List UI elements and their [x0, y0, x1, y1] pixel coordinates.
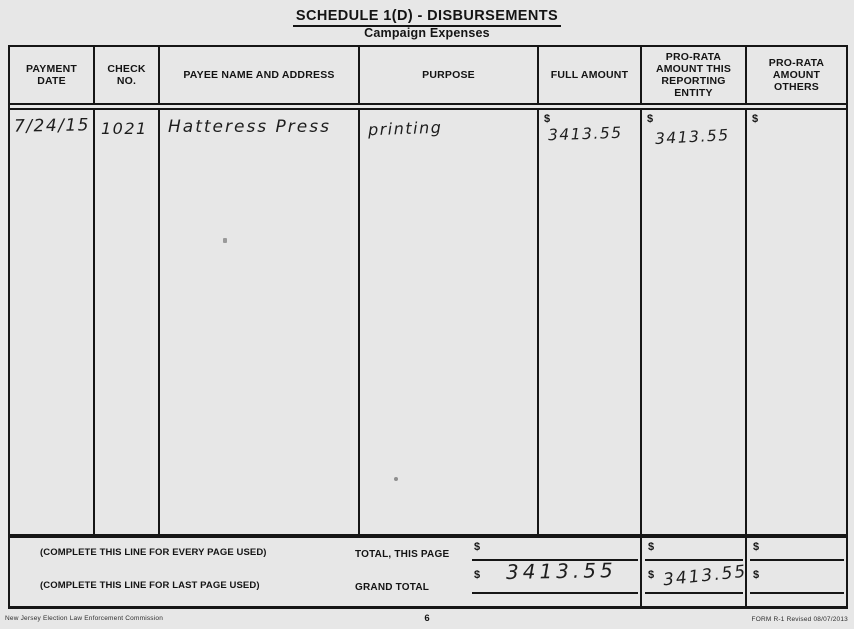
last-page-instruction: (COMPLETE THIS LINE FOR LAST PAGE USED): [40, 580, 260, 591]
header-payment-date: PAYMENT DATE: [10, 47, 95, 103]
header-full-amount: FULL AMOUNT: [539, 47, 642, 103]
cell-check-no: 1021: [95, 110, 160, 534]
cell-pro-rata-others: $: [747, 110, 846, 534]
handwritten-pro-rata-this: 3413.55: [655, 126, 730, 148]
totals-section: (COMPLETE THIS LINE FOR EVERY PAGE USED)…: [10, 536, 846, 606]
total-line: [645, 592, 743, 594]
cell-full-amount: $ 3413.55: [539, 110, 642, 534]
header-pro-rata-others: PRO-RATA AMOUNT OTHERS: [747, 47, 846, 103]
handwritten-purpose: printing: [368, 118, 443, 140]
schedule-title: SCHEDULE 1(D) - DISBURSEMENTS: [293, 8, 561, 27]
dollar-sign: $: [648, 569, 654, 581]
grand-total-label: GRAND TOTAL: [355, 582, 429, 593]
footer-form-revision: FORM R-1 Revised 08/07/2013: [752, 616, 848, 623]
title-container: SCHEDULE 1(D) - DISBURSEMENTS: [0, 7, 854, 27]
dollar-sign: $: [753, 569, 759, 581]
total-line: [645, 559, 743, 561]
handwritten-full-amount: 3413.55: [548, 124, 623, 145]
handwritten-grand-total-full: 3413.55: [506, 558, 617, 584]
scan-artifact-dot: [394, 477, 398, 481]
cell-payment-date: 7/24/15: [10, 110, 95, 534]
handwritten-payee: Hatteress Press: [168, 117, 331, 137]
handwritten-payment-date: 7/24/15: [14, 115, 90, 136]
table-body-row: 7/24/15 1021 Hatteress Press printing $ …: [10, 108, 846, 536]
table-header-row: PAYMENT DATE CHECK NO. PAYEE NAME AND AD…: [10, 47, 846, 105]
header-pro-rata-this: PRO-RATA AMOUNT THIS REPORTING ENTITY: [642, 47, 747, 103]
total-line: [750, 559, 844, 561]
header-check-no: CHECK NO.: [95, 47, 160, 103]
dollar-sign: $: [544, 113, 550, 125]
handwritten-grand-total-pro-rata: 3413.55: [662, 562, 748, 591]
total-line: [750, 592, 844, 594]
total-this-page-label: TOTAL, THIS PAGE: [355, 549, 449, 560]
dollar-sign: $: [647, 113, 653, 125]
cell-payee: Hatteress Press: [160, 110, 360, 534]
totals-divider-line: [640, 538, 642, 606]
every-page-instruction: (COMPLETE THIS LINE FOR EVERY PAGE USED): [40, 547, 267, 558]
cell-purpose: printing: [360, 110, 539, 534]
dollar-sign: $: [752, 113, 758, 125]
disbursements-table: PAYMENT DATE CHECK NO. PAYEE NAME AND AD…: [8, 45, 848, 609]
dollar-sign: $: [474, 569, 480, 581]
scanned-form-page: SCHEDULE 1(D) - DISBURSEMENTS Campaign E…: [0, 0, 854, 629]
page-number: 6: [0, 613, 854, 624]
scan-artifact-dot: [223, 238, 227, 243]
dollar-sign: $: [753, 541, 759, 553]
dollar-sign: $: [474, 541, 480, 553]
handwritten-check-no: 1021: [101, 119, 148, 138]
dollar-sign: $: [648, 541, 654, 553]
cell-pro-rata-this: $ 3413.55: [642, 110, 747, 534]
schedule-subtitle: Campaign Expenses: [0, 26, 854, 40]
header-payee: PAYEE NAME AND ADDRESS: [160, 47, 360, 103]
total-line: [472, 592, 638, 594]
header-purpose: PURPOSE: [360, 47, 539, 103]
